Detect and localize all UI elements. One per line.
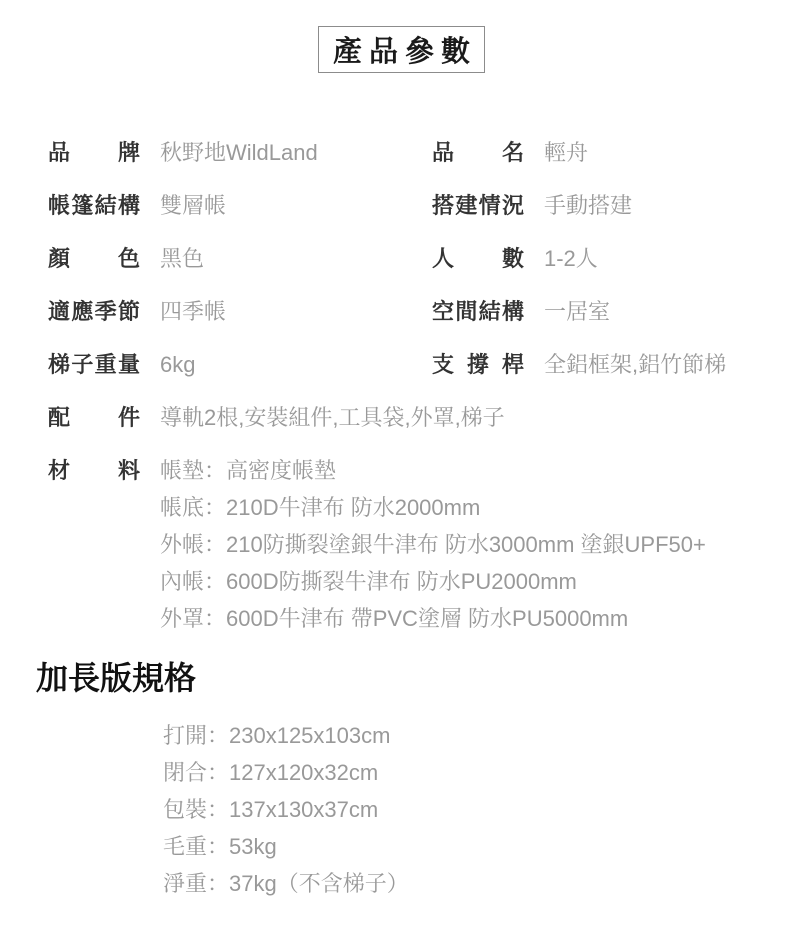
spec-label-materials: 材料 (48, 452, 140, 489)
spec-value-capacity: 1-2人 (544, 246, 598, 271)
spec-label-setup: 搭建情況 (432, 193, 524, 218)
spec-column-left: 品牌 秋野地WildLand 帳篷結構 雙層帳 顏色 黑色 適應季節 四季帳 梯… (0, 140, 400, 405)
spec-row-season: 適應季節 四季帳 (48, 299, 400, 352)
materials-line-inner-tent: 內帳：600D防撕裂牛津布 防水PU2000mm (160, 563, 706, 600)
spec-row-brand: 品牌 秋野地WildLand (48, 140, 400, 193)
extended-line-gross-weight: 毛重：53kg (163, 828, 409, 865)
spec-value-season: 四季帳 (160, 299, 226, 324)
spec-label-tent-structure: 帳篷結構 (48, 193, 140, 218)
spec-value-tent-structure: 雙層帳 (160, 193, 226, 218)
spec-value-product-name: 輕舟 (544, 140, 588, 165)
spec-label-product-name: 品名 (432, 140, 524, 165)
spec-label-color: 顏色 (48, 246, 140, 271)
spec-label-ladder-weight: 梯子重量 (48, 352, 140, 377)
materials-lines: 帳墊：高密度帳墊 帳底：210D牛津布 防水2000mm 外帳：210防撕裂塗銀… (160, 452, 706, 637)
spec-value-color: 黑色 (160, 246, 204, 271)
spec-row-setup: 搭建情況 手動搭建 (432, 193, 800, 246)
extended-spec-heading: 加長版規格 (36, 660, 196, 696)
spec-column-right: 品名 輕舟 搭建情況 手動搭建 人數 1-2人 空間結構 一居室 支撐桿 全鋁框… (400, 140, 800, 405)
section-title: 產品參數 (333, 29, 477, 70)
spec-value-accessories: 導軌2根,安裝組件,工具袋,外罩,梯子 (160, 405, 505, 430)
materials-line-flysheet: 外帳：210防撕裂塗銀牛津布 防水3000mm 塗銀UPF50+ (160, 526, 706, 563)
spec-label-brand: 品牌 (48, 140, 140, 165)
spec-grid: 品牌 秋野地WildLand 帳篷結構 雙層帳 顏色 黑色 適應季節 四季帳 梯… (0, 140, 800, 405)
spec-row-poles: 支撐桿 全鋁框架,鋁竹節梯 (432, 352, 800, 405)
spec-row-color: 顏色 黑色 (48, 246, 400, 299)
spec-row-ladder-weight: 梯子重量 6kg (48, 352, 400, 405)
spec-row-tent-structure: 帳篷結構 雙層帳 (48, 193, 400, 246)
materials-line-mat: 帳墊：高密度帳墊 (160, 452, 706, 489)
extended-line-net-weight: 淨重：37kg（不含梯子） (163, 865, 409, 902)
spec-value-setup: 手動搭建 (544, 193, 632, 218)
spec-value-poles: 全鋁框架,鋁竹節梯 (544, 352, 726, 377)
extended-line-open-size: 打開：230x125x103cm (163, 717, 409, 754)
spec-label-capacity: 人數 (432, 246, 524, 271)
section-title-box: 產品參數 (318, 26, 485, 73)
spec-row-materials: 材料 帳墊：高密度帳墊 帳底：210D牛津布 防水2000mm 外帳：210防撕… (48, 452, 788, 637)
extended-line-package-size: 包裝：137x130x37cm (163, 791, 409, 828)
spec-row-capacity: 人數 1-2人 (432, 246, 800, 299)
spec-value-ladder-weight: 6kg (160, 352, 195, 377)
materials-line-cover: 外罩：600D牛津布 帶PVC塗層 防水PU5000mm (160, 600, 706, 637)
spec-row-product-name: 品名 輕舟 (432, 140, 800, 193)
spec-row-accessories: 配件 導軌2根,安裝組件,工具袋,外罩,梯子 (48, 405, 788, 452)
spec-row-space-structure: 空間結構 一居室 (432, 299, 800, 352)
extended-spec-lines: 打開：230x125x103cm 閉合：127x120x32cm 包裝：137x… (163, 717, 409, 902)
spec-label-season: 適應季節 (48, 299, 140, 324)
full-width-spec-rows: 配件 導軌2根,安裝組件,工具袋,外罩,梯子 材料 帳墊：高密度帳墊 帳底：21… (48, 405, 788, 637)
spec-value-space-structure: 一居室 (544, 299, 610, 324)
materials-line-floor: 帳底：210D牛津布 防水2000mm (160, 489, 706, 526)
spec-label-poles: 支撐桿 (432, 352, 524, 377)
spec-label-space-structure: 空間結構 (432, 299, 524, 324)
spec-value-brand: 秋野地WildLand (160, 140, 318, 165)
extended-line-closed-size: 閉合：127x120x32cm (163, 754, 409, 791)
spec-label-accessories: 配件 (48, 405, 140, 430)
